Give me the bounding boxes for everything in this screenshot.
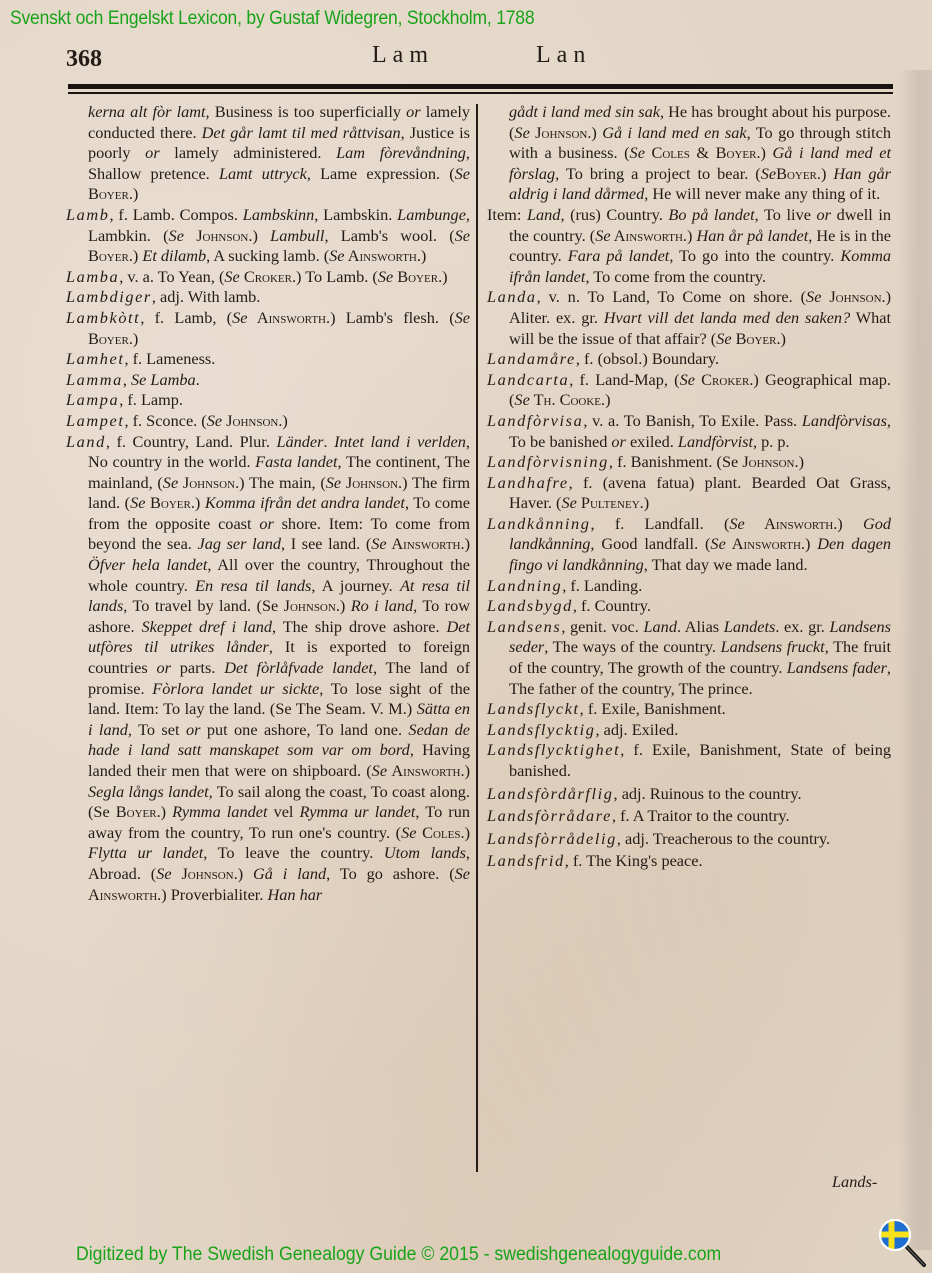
source-reference: Boyer — [110, 802, 157, 821]
definition-text: , That day we made land. — [644, 555, 808, 574]
swedish-phrase: Se — [156, 864, 171, 883]
definition-text: .) — [601, 390, 611, 409]
definition-text: , f. Sconce. ( — [124, 411, 206, 430]
swedish-phrase: Han har — [267, 885, 322, 904]
headword: Landa — [487, 287, 537, 306]
headword: Landning — [487, 576, 562, 595]
swedish-phrase: Se — [716, 329, 731, 348]
headword: Lamma — [66, 370, 123, 389]
dictionary-entry: Landsfòrdårflig, adj. Ruinous to the cou… — [487, 784, 891, 805]
source-reference: Ainsworth — [345, 246, 417, 265]
source-reference: Ainsworth — [387, 761, 460, 780]
definition-text: , f. Landing. — [562, 576, 642, 595]
dictionary-entry: Lampet, f. Sconce. (Se Johnson.) — [66, 411, 470, 432]
definition-text: , f. Exile, Banishment. — [580, 699, 726, 718]
entry-continuation: kerna alt fòr lamt, Business is too supe… — [66, 102, 470, 205]
swedish-phrase: Se — [207, 411, 222, 430]
definition-text: , p. p. — [753, 432, 790, 451]
dictionary-entry: Landsfòrrådelig, adj. Treacherous to the… — [487, 829, 891, 850]
source-reference: Johnson — [222, 411, 278, 430]
source-reference: Johnson — [278, 596, 336, 615]
definition-text: exiled. — [626, 432, 678, 451]
left-column: kerna alt fòr lamt, Business is too supe… — [66, 102, 470, 905]
definition-text: , Lamb­skin. — [314, 205, 397, 224]
swedish-phrase: or — [611, 432, 625, 451]
definition-text: , A sucking lamb. ( — [206, 246, 329, 265]
headword: Landsflyckt — [487, 699, 580, 718]
headword: Landfòrvisning — [487, 452, 609, 471]
dictionary-entry: Lamhet, f. Lameness. — [66, 349, 470, 370]
definition-text: , f. A Traitor to the country. — [612, 806, 790, 825]
source-reference: Johnson — [530, 123, 588, 142]
entry-continuation: gådt i land med sin sak, He has brought … — [487, 102, 891, 205]
swedish-phrase: Se — [630, 143, 645, 162]
source-reference: Coles & Boyer — [645, 143, 757, 162]
definition-text: Item: — [487, 205, 527, 224]
definition-text: , f. Country. — [573, 596, 651, 615]
definition-text: , f. Lameness. — [124, 349, 215, 368]
definition-text: , adj. Exiled. — [596, 720, 679, 739]
definition-text: , v. a. To Banish, To Exile. Pass. — [583, 411, 802, 430]
swedish-phrase: Gå i land — [253, 864, 326, 883]
swedish-phrase: Se — [561, 493, 576, 512]
source-reference: Boyer — [393, 267, 438, 286]
source-reference: Johnson — [341, 473, 398, 492]
definition-text: .) — [234, 864, 253, 883]
source-reference: Ainsworth — [247, 308, 326, 327]
definition-text: .) Lamb's flesh. ( — [326, 308, 455, 327]
source-reference: Ainsworth — [88, 885, 157, 904]
definition-text: , adj. Treacherous to the country. — [617, 829, 830, 848]
dictionary-entry: Lampa, f. Lamp. — [66, 390, 470, 411]
definition-text: , f. Lamb. Compos. — [110, 205, 243, 224]
swedish-phrase: Utom lands — [384, 843, 466, 862]
swedish-phrase: Se — [595, 226, 610, 245]
swedish-phrase: Se — [169, 226, 184, 245]
swedish-phrase: Landets — [724, 617, 776, 636]
swedish-phrase: Se — [455, 308, 470, 327]
swedish-phrase: Se — [401, 823, 416, 842]
definition-text: .) — [776, 329, 786, 348]
swedish-phrase: Han år på landet — [697, 226, 809, 245]
definition-text: .) To Lamb. ( — [292, 267, 378, 286]
definition-text: .) — [461, 761, 471, 780]
definition-text: , Lamb's wool. ( — [324, 226, 454, 245]
definition-text: .) — [801, 534, 817, 553]
definition-text: , f. Land-Map, ( — [569, 370, 679, 389]
definition-text: , Good landfall. ( — [590, 534, 710, 553]
page-gutter-shadow — [898, 70, 932, 1250]
page-number: 368 — [66, 46, 102, 73]
definition-text: . — [196, 370, 200, 389]
headword: Landsfòrdårflig — [487, 784, 614, 803]
source-reference: John­son — [738, 452, 794, 471]
swedish-phrase: Se — [326, 473, 341, 492]
catchword: Lands- — [832, 1172, 877, 1192]
headword: Landsflycktighet — [487, 740, 620, 759]
definition-text: , To go ashore. ( — [326, 864, 455, 883]
source-reference: Ains­worth — [611, 226, 683, 245]
headword: Landkånning — [487, 514, 591, 533]
definition-text: , To set — [128, 720, 186, 739]
definition-text: .) — [640, 493, 650, 512]
definition-text: , genit. voc. — [561, 617, 643, 636]
definition-text: .) — [129, 329, 139, 348]
swedish-phrase: Se — [514, 390, 529, 409]
definition-text: , He will never make any thing of it. — [644, 184, 880, 203]
dictionary-entry: Lamba, v. a. To Yean, (Se Croker.) To La… — [66, 267, 470, 288]
source-reference: Boyer — [88, 246, 129, 265]
swedish-phrase: Fòrlora landet ur sickte — [152, 679, 319, 698]
headword: Landhafre — [487, 473, 569, 492]
swedish-phrase: Landfòrvist — [678, 432, 753, 451]
swedish-phrase: Lamt uttryck — [219, 164, 307, 183]
column-divider — [476, 104, 478, 1172]
definition-text: , To come from the country. — [585, 267, 766, 286]
source-reference: Ainsworth — [745, 514, 833, 533]
definition-text: , To go into the country. — [669, 246, 840, 265]
definition-text: , Business is too super­ficially — [206, 102, 407, 121]
header-rule-thick — [68, 84, 893, 89]
dictionary-entry: Landcarta, f. Land-Map, (Se Croker.) Geo… — [487, 370, 891, 411]
swedish-phrase: Landsens fruckt — [721, 637, 825, 656]
source-reference: Ains­worth — [726, 534, 801, 553]
definition-text: , v. n. To Land, To Come on shore. ( — [537, 287, 806, 306]
dictionary-entry: Land, f. Country, Land. Plur. Länder. In… — [66, 432, 470, 906]
definition-text: , f. The King's peace. — [565, 851, 703, 870]
swedish-phrase: Rymma lan­det — [172, 802, 267, 821]
swedish-phrase: Rymma ur landet — [300, 802, 416, 821]
definition-text: put one ashore, To land one. — [200, 720, 408, 739]
swedish-phrase: Et di­lamb — [142, 246, 206, 265]
swedish-phrase: Segla långs landet — [88, 782, 209, 801]
definition-text: , The ways of the country. — [544, 637, 720, 656]
definition-text: , f. Lamb, ( — [140, 308, 232, 327]
headword: Landsfòrrådelig — [487, 829, 617, 848]
definition-text: , A journey. — [311, 576, 400, 595]
headword: Lamb — [66, 205, 110, 224]
headword: Lampet — [66, 411, 124, 430]
definition-text: . — [324, 432, 335, 451]
swedish-phrase: Ro i land — [351, 596, 413, 615]
swedish-phrase: Kom­ma ifrån det andra landet — [205, 493, 405, 512]
swedish-phrase: Se — [163, 473, 178, 492]
headword: Landamåre — [487, 349, 576, 368]
swedish-phrase: Se — [224, 267, 239, 286]
headword: Lamhet — [66, 349, 124, 368]
swedish-phrase: Land — [527, 205, 560, 224]
definition-text: , Lame expression. ( — [307, 164, 455, 183]
swedish-phrase: Landfòrvisas — [802, 411, 887, 430]
source-reference: Croker — [240, 267, 292, 286]
definition-text: .) — [587, 123, 602, 142]
headword: Landsens — [487, 617, 561, 636]
definition-text: , f. (obsol.) Boundary. — [576, 349, 719, 368]
definition-text: , f. Country, Land. Plur. — [106, 432, 277, 451]
swedish-phrase: Lambskinn — [243, 205, 314, 224]
swedish-phrase: Länder — [276, 432, 323, 451]
definition-text: .) — [833, 514, 863, 533]
swedish-phrase: Flytta ur landet — [88, 843, 203, 862]
definition-text: .) — [129, 246, 143, 265]
swedish-phrase: Det går lamt til med råttvisan — [202, 123, 401, 142]
swedish-phrase: Se — [680, 370, 695, 389]
running-head-right: Lan — [536, 42, 591, 69]
swedish-phrase: Lam fòrevåndning — [336, 143, 466, 162]
dictionary-entry: Landsflyckt, f. Exile, Banishment. — [487, 699, 891, 720]
swedish-phrase: Se — [372, 761, 387, 780]
digitized-by-watermark: Digitized by The Swedish Genealogy Guide… — [76, 1244, 721, 1266]
dictionary-entry: Lambkòtt, f. Lamb, (Se Ainsworth.) Lamb'… — [66, 308, 470, 349]
source-reference: Pulteney — [577, 493, 640, 512]
source-reference: Johnson — [178, 473, 235, 492]
source-reference: Johnson — [172, 864, 234, 883]
swedish-phrase: Bo på landet — [668, 205, 754, 224]
definition-text: .) — [817, 164, 833, 183]
swedish-phrase: or — [145, 143, 159, 162]
definition-text: , To bring a project to bear. ( — [555, 164, 761, 183]
definition-text: , To leave the country. — [203, 843, 384, 862]
definition-text: , f. Banishment. (Se — [609, 452, 738, 471]
source-reference: Ainsworth — [387, 534, 461, 553]
definition-text: , The ship drove ashore. — [272, 617, 446, 636]
definition-text: .) — [756, 143, 772, 162]
definition-text: .) — [461, 534, 471, 553]
definition-text: .) Proverbialiter. — [157, 885, 267, 904]
running-head-left: Lam — [372, 42, 434, 69]
definition-text: , To live — [755, 205, 817, 224]
swedish-phrase: or — [156, 658, 170, 677]
swedish-phrase: kerna alt fòr lamt — [88, 102, 206, 121]
headword: Lambkòtt — [66, 308, 140, 327]
definition-text: .) — [683, 226, 697, 245]
definition-text: .) — [461, 823, 471, 842]
source-reference: Johnson — [821, 287, 881, 306]
source-reference: Johnson — [184, 226, 248, 245]
swedish-phrase: Se — [761, 164, 776, 183]
swedish-phrase: Se — [378, 267, 393, 286]
definition-text: , — [123, 370, 131, 389]
headword: Landsbygd — [487, 596, 573, 615]
swedish-phrase: Se Lamba — [131, 370, 196, 389]
dictionary-entry: Landfòrvisning, f. Banishment. (Se John­… — [487, 452, 891, 473]
source-reference: Boyer — [776, 164, 817, 183]
right-column: gådt i land med sin sak, He has brought … — [487, 102, 891, 872]
dictionary-entry: Landkånning, f. Landfall. (Se Ainsworth.… — [487, 514, 891, 576]
headword: Landsflycktig — [487, 720, 596, 739]
swedish-phrase: Se — [455, 226, 470, 245]
dictionary-entry: Landsfòrrådare, f. A Traitor to the coun… — [487, 806, 891, 827]
definition-text: , v. a. To Yean, ( — [119, 267, 224, 286]
swedish-phrase: Se — [455, 864, 470, 883]
swedish-phrase: In­tet land i verlden — [334, 432, 466, 451]
dictionary-entry: Lambdiger, adj. With lamb. — [66, 287, 470, 308]
definition-text: parts. — [171, 658, 224, 677]
headword: Lambdiger — [66, 287, 152, 306]
swedish-phrase: Se — [130, 493, 145, 512]
headword: Land — [66, 432, 106, 451]
dictionary-entry: Landsens, genit. voc. Land. Alias Landet… — [487, 617, 891, 699]
definition-text: . ex. gr. — [775, 617, 829, 636]
definition-text: .) The main, ( — [235, 473, 326, 492]
headword: Landsfrid — [487, 851, 565, 870]
source-reference: Boyer — [145, 493, 190, 512]
swedish-phrase: Fara på landet — [568, 246, 670, 265]
swedish-phrase: Se — [710, 534, 725, 553]
source-reference: Boyer — [88, 329, 129, 348]
definition-text: . Alias — [677, 617, 724, 636]
source-reference: Coles — [416, 823, 460, 842]
swedish-flag-magnifier-icon — [876, 1216, 928, 1268]
definition-text: , (rus) Country. — [560, 205, 668, 224]
swedish-phrase: Se — [371, 534, 386, 553]
definition-text: , I see land. ( — [281, 534, 371, 553]
book-title-watermark: Svenskt och Engelskt Lexicon, by Gustaf … — [10, 8, 534, 30]
swedish-phrase: Land — [643, 617, 676, 636]
definition-text: .) — [417, 246, 427, 265]
dictionary-entry: Item: Land, (rus) Country. Bo på landet,… — [487, 205, 891, 287]
definition-text: vel — [267, 802, 299, 821]
definition-text: .) — [795, 452, 805, 471]
source-reference: Boyer — [732, 329, 777, 348]
swedish-phrase: Gå i land med en sak — [602, 123, 746, 142]
swedish-phrase: Se — [329, 246, 344, 265]
source-reference: Th. Cooke — [530, 390, 601, 409]
swedish-phrase: Se — [232, 308, 247, 327]
swedish-phrase: Lambull — [270, 226, 324, 245]
swedish-phrase: Skeppet dref i land — [142, 617, 273, 636]
dictionary-entry: Landsbygd, f. Country. — [487, 596, 891, 617]
header-rule-thin — [68, 92, 893, 94]
swedish-phrase: Lambunge — [397, 205, 466, 224]
definition-text: .) — [438, 267, 448, 286]
swedish-phrase: Jag ser land — [197, 534, 281, 553]
definition-text: .) — [157, 802, 173, 821]
dictionary-entry: Lamb, f. Lamb. Compos. Lambskinn, Lamb­s… — [66, 205, 470, 267]
definition-text: .) — [336, 596, 351, 615]
dictionary-entry: Landsflycktig, adj. Exiled. — [487, 720, 891, 741]
swedish-phrase: or — [259, 514, 273, 533]
headword: Landfòrvisa — [487, 411, 583, 430]
definition-text: , adj. With lamb. — [152, 287, 260, 306]
definition-text: .) — [248, 226, 270, 245]
headword: Landcarta — [487, 370, 569, 389]
definition-text: , To travel by land. (Se — [123, 596, 278, 615]
swedish-phrase: or — [406, 102, 420, 121]
source-reference: Boyer — [88, 184, 129, 203]
swedish-phrase: Öfver hela landet — [88, 555, 207, 574]
swedish-phrase: Se — [806, 287, 821, 306]
swedish-phrase: Det fòrlåfvade landet — [224, 658, 373, 677]
dictionary-entry: Landfòrvisa, v. a. To Banish, To Exile. … — [487, 411, 891, 452]
definition-text: .) — [191, 493, 205, 512]
dictionary-entry: Landning, f. Landing. — [487, 576, 891, 597]
headword: Lamba — [66, 267, 119, 286]
swedish-phrase: gådt i land med sin sak — [509, 102, 660, 121]
headword: Lampa — [66, 390, 119, 409]
dictionary-entry: Landamåre, f. (obsol.) Boundary. — [487, 349, 891, 370]
swedish-phrase: Se — [455, 164, 470, 183]
swedish-phrase: Se — [729, 514, 744, 533]
swedish-phrase: Hvart vill det landa med den saken? — [604, 308, 850, 327]
swedish-phrase: Landsens fader — [787, 658, 887, 677]
source-reference: Croker — [695, 370, 749, 389]
definition-text: .) — [278, 411, 288, 430]
swedish-phrase: or — [817, 205, 831, 224]
dictionary-entry: Lamma, Se Lamba. — [66, 370, 470, 391]
dictionary-entry: Landhafre, f. (avena fatua) plant. Beard… — [487, 473, 891, 514]
dictionary-entry: Landsflycktighet, f. Exile, Banishment, … — [487, 740, 891, 781]
definition-text: lamely administered. — [160, 143, 336, 162]
headword: Landsfòrrådare — [487, 806, 612, 825]
swedish-phrase: Fasta landet — [255, 452, 337, 471]
swedish-phrase: or — [186, 720, 200, 739]
definition-text: .) — [129, 184, 139, 203]
dictionary-entry: Landsfrid, f. The King's peace. — [487, 851, 891, 872]
swedish-phrase: Se — [514, 123, 529, 142]
definition-text: , adj. Ruinous to the country. — [614, 784, 802, 803]
definition-text: , f. Lamp. — [119, 390, 183, 409]
swedish-phrase: En resa til lands — [195, 576, 311, 595]
dictionary-entry: Landa, v. n. To Land, To Come on shore. … — [487, 287, 891, 349]
definition-text: , f. Landfall. ( — [591, 514, 730, 533]
